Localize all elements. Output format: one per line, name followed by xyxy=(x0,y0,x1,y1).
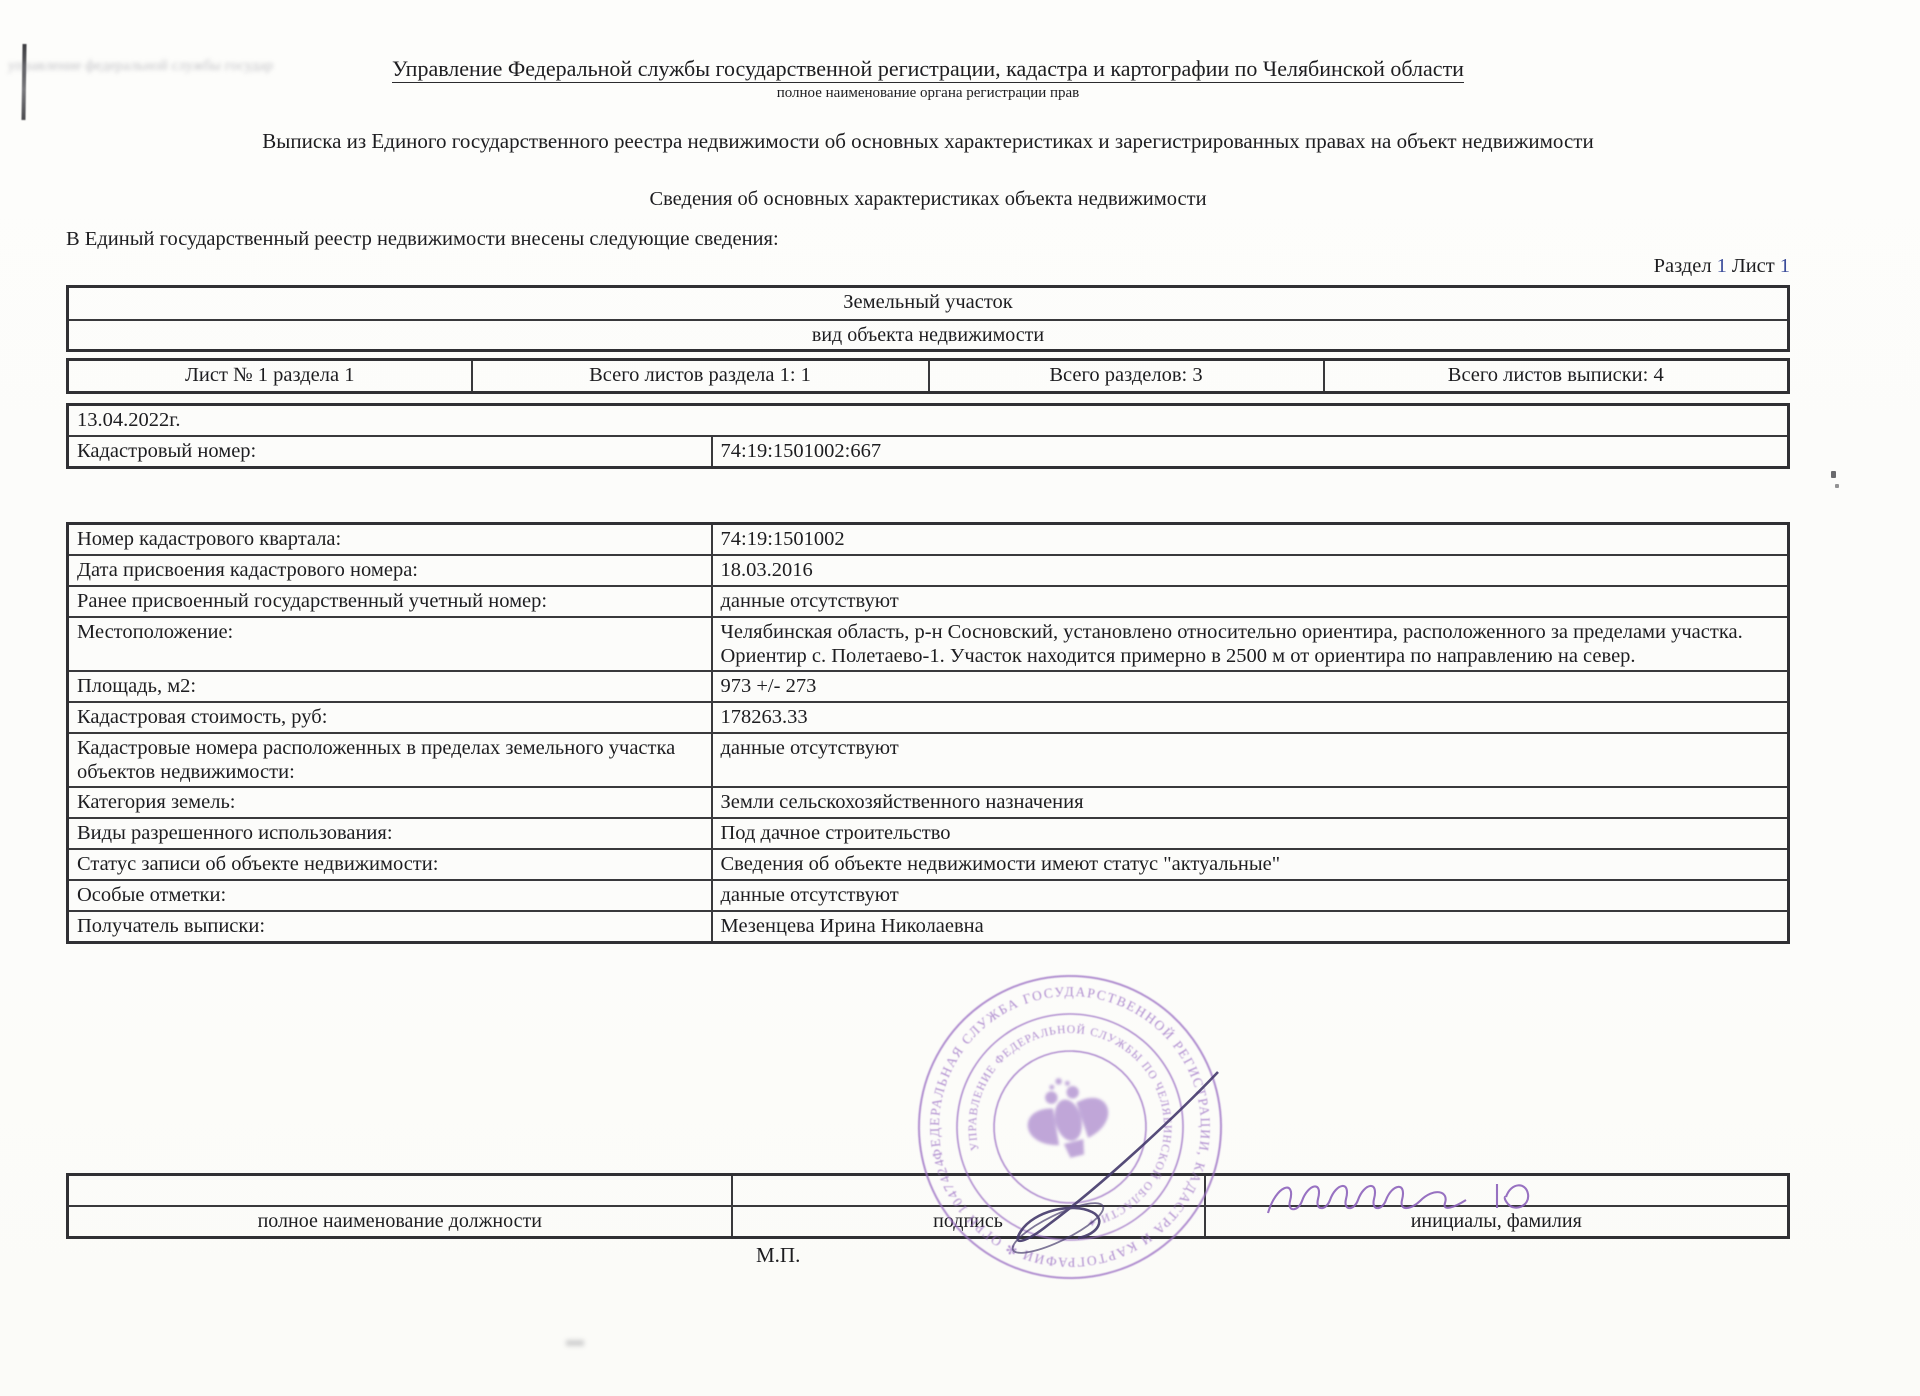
sheet-label: Лист xyxy=(1732,255,1775,277)
section-number: 1 xyxy=(1717,255,1727,277)
scan-smudge-artifact xyxy=(566,1340,584,1346)
table-row: Земельный участок xyxy=(68,287,1789,321)
table-row: Номер кадастрового квартала: 74:19:15010… xyxy=(68,524,1789,556)
main-attributes-table: Номер кадастрового квартала: 74:19:15010… xyxy=(66,522,1790,944)
table-row: Площадь, м2: 973 +/- 273 xyxy=(68,671,1789,702)
table-row: Особые отметки: данные отсутствуют xyxy=(68,880,1789,911)
document-title: Выписка из Единого государственного реес… xyxy=(66,129,1790,154)
signatures-overlay xyxy=(950,1035,1650,1265)
sheet-counters-table: Лист № 1 раздела 1 Всего листов раздела … xyxy=(66,358,1790,394)
authority-name-text: Управление Федеральной службы государств… xyxy=(392,56,1464,83)
field-label: Площадь, м2: xyxy=(68,671,712,702)
field-value: 973 +/- 273 xyxy=(712,671,1789,702)
intro-line: В Единый государственный реестр недвижим… xyxy=(66,227,1790,251)
ink-speck-artifact xyxy=(1831,471,1836,478)
position-caption: полное наименование должности xyxy=(68,1206,732,1238)
table-row: 13.04.2022г. xyxy=(68,405,1789,437)
cadastral-number-label: Кадастровый номер: xyxy=(68,436,712,468)
object-kind-table: Земельный участок вид объекта недвижимос… xyxy=(66,285,1790,352)
field-value: 18.03.2016 xyxy=(712,555,1789,586)
table-row: Кадастровый номер: 74:19:1501002:667 xyxy=(68,436,1789,468)
field-label: Виды разрешенного использования: xyxy=(68,818,712,849)
section-sheet-line: Раздел1Лист1 xyxy=(66,254,1790,278)
scan-binder-line-artifact xyxy=(21,44,26,120)
sheet-counter-cell: Лист № 1 раздела 1 xyxy=(68,360,472,393)
table-row: Получатель выписки: Мезенцева Ирина Нико… xyxy=(68,911,1789,943)
sheet-counter-cell: Всего разделов: 3 xyxy=(929,360,1324,393)
table-row: Статус записи об объекте недвижимости: С… xyxy=(68,849,1789,880)
authority-caption: полное наименование органа регистрации п… xyxy=(66,84,1790,102)
official-signature-ink xyxy=(1007,1072,1218,1262)
object-kind-caption: вид объекта недвижимости xyxy=(68,320,1789,351)
field-value: Мезенцева Ирина Николаевна xyxy=(712,911,1789,943)
document-content: Управление Федеральной службы государств… xyxy=(66,56,1790,944)
field-label: Кадастровая стоимость, руб: xyxy=(68,702,712,733)
field-label: Номер кадастрового квартала: xyxy=(68,524,712,556)
field-value: данные отсутствуют xyxy=(712,733,1789,787)
cadastral-number-value: 74:19:1501002:667 xyxy=(712,436,1789,468)
field-value: 74:19:1501002 xyxy=(712,524,1789,556)
field-value: данные отсутствуют xyxy=(712,880,1789,911)
field-label: Статус записи об объекте недвижимости: xyxy=(68,849,712,880)
field-value: Под дачное строительство xyxy=(712,818,1789,849)
table-row: Дата присвоения кадастрового номера: 18.… xyxy=(68,555,1789,586)
field-value: 178263.33 xyxy=(712,702,1789,733)
document-page: управление федеральной службы государ Уп… xyxy=(0,0,1920,1396)
table-row: Кадастровые номера расположенных в преде… xyxy=(68,733,1789,787)
ink-speck-artifact xyxy=(1835,484,1839,488)
table-row: Ранее присвоенный государственный учетны… xyxy=(68,586,1789,617)
field-value: Сведения об объекте недвижимости имеют с… xyxy=(712,849,1789,880)
recipient-signature-ink xyxy=(1268,1184,1528,1213)
authority-name: Управление Федеральной службы государств… xyxy=(66,56,1790,82)
table-row: Лист № 1 раздела 1 Всего листов раздела … xyxy=(68,360,1789,393)
field-value: данные отсутствуют xyxy=(712,586,1789,617)
table-row: вид объекта недвижимости xyxy=(68,320,1789,351)
date-cadastral-table: 13.04.2022г. Кадастровый номер: 74:19:15… xyxy=(66,403,1790,469)
field-label: Получатель выписки: xyxy=(68,911,712,943)
object-kind-value: Земельный участок xyxy=(68,287,1789,321)
field-value: Челябинская область, р-н Сосновский, уст… xyxy=(712,617,1789,671)
section-label: Раздел xyxy=(1654,255,1712,277)
field-label: Категория земель: xyxy=(68,787,712,818)
seal-place-mark: М.П. xyxy=(756,1243,800,1268)
sheet-counter-cell: Всего листов раздела 1: 1 xyxy=(472,360,929,393)
position-signature-cell xyxy=(68,1175,732,1207)
field-label: Особые отметки: xyxy=(68,880,712,911)
table-row: Кадастровая стоимость, руб: 178263.33 xyxy=(68,702,1789,733)
table-row: Виды разрешенного использования: Под дач… xyxy=(68,818,1789,849)
sheet-counter-cell: Всего листов выписки: 4 xyxy=(1324,360,1789,393)
extract-date: 13.04.2022г. xyxy=(68,405,1789,437)
field-label: Ранее присвоенный государственный учетны… xyxy=(68,586,712,617)
field-label: Кадастровые номера расположенных в преде… xyxy=(68,733,712,787)
section-title: Сведения об основных характеристиках объ… xyxy=(66,187,1790,211)
table-row: Категория земель: Земли сельскохозяйстве… xyxy=(68,787,1789,818)
sheet-number: 1 xyxy=(1780,255,1790,277)
field-label: Дата присвоения кадастрового номера: xyxy=(68,555,712,586)
table-row: Местоположение: Челябинская область, р-н… xyxy=(68,617,1789,671)
field-label: Местоположение: xyxy=(68,617,712,671)
field-value: Земли сельскохозяйственного назначения xyxy=(712,787,1789,818)
